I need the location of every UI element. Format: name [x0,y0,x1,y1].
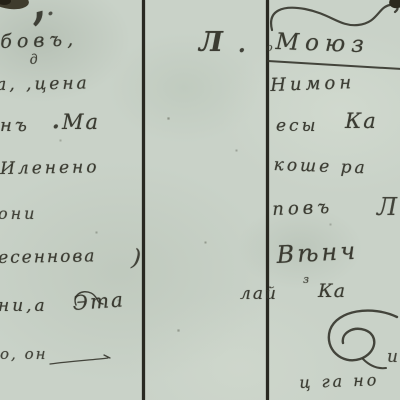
handwriting-line: нъ [0,117,30,135]
handwriting-line: и [387,349,398,366]
handwriting-line: . [238,34,246,56]
handwriting-line: они [0,206,37,222]
handwriting-line: а, ,цена [0,75,90,94]
handwriting-line: . [47,0,54,18]
handwriting-line: есеннова [0,248,97,267]
left-dash-line [50,358,108,364]
handwriting-line: Л [199,29,223,56]
ink-flourishes [0,0,400,400]
handwriting-line: ни,а [0,298,48,315]
handwriting-line: Эта [72,289,125,313]
handwriting-line: Ка [318,282,346,301]
handwriting-line: ц га но [299,372,380,391]
handwriting-line: Моюз [275,31,370,57]
handwriting-line: о, он [0,347,47,362]
handwriting-line: бовъ, [0,30,78,52]
handwriting-line: Нимон [270,74,355,95]
handwriting-line: о [266,42,273,53]
handwriting-line: коше ра [273,157,368,177]
handwriting-line: Л [377,195,397,219]
handwriting-line: лай [240,286,278,303]
scanned-register-page: ,.бовъ,да, ,ценанъ·МаИлененоониесеннова)… [0,0,400,400]
handwriting-line: Иленено [0,159,100,178]
handwriting-line: Ка [345,111,378,132]
handwriting-line: Вѣнч [276,239,359,267]
handwriting-line: з [303,274,309,285]
handwriting-line: Ма [62,112,100,133]
handwriting-line: есы [276,118,318,135]
signature-flourish-tail [363,359,386,368]
handwriting-line: повъ [272,199,333,219]
handwriting-line: д [29,53,39,67]
handwriting-line: · [52,116,60,138]
top-swash-flourish [271,5,397,30]
